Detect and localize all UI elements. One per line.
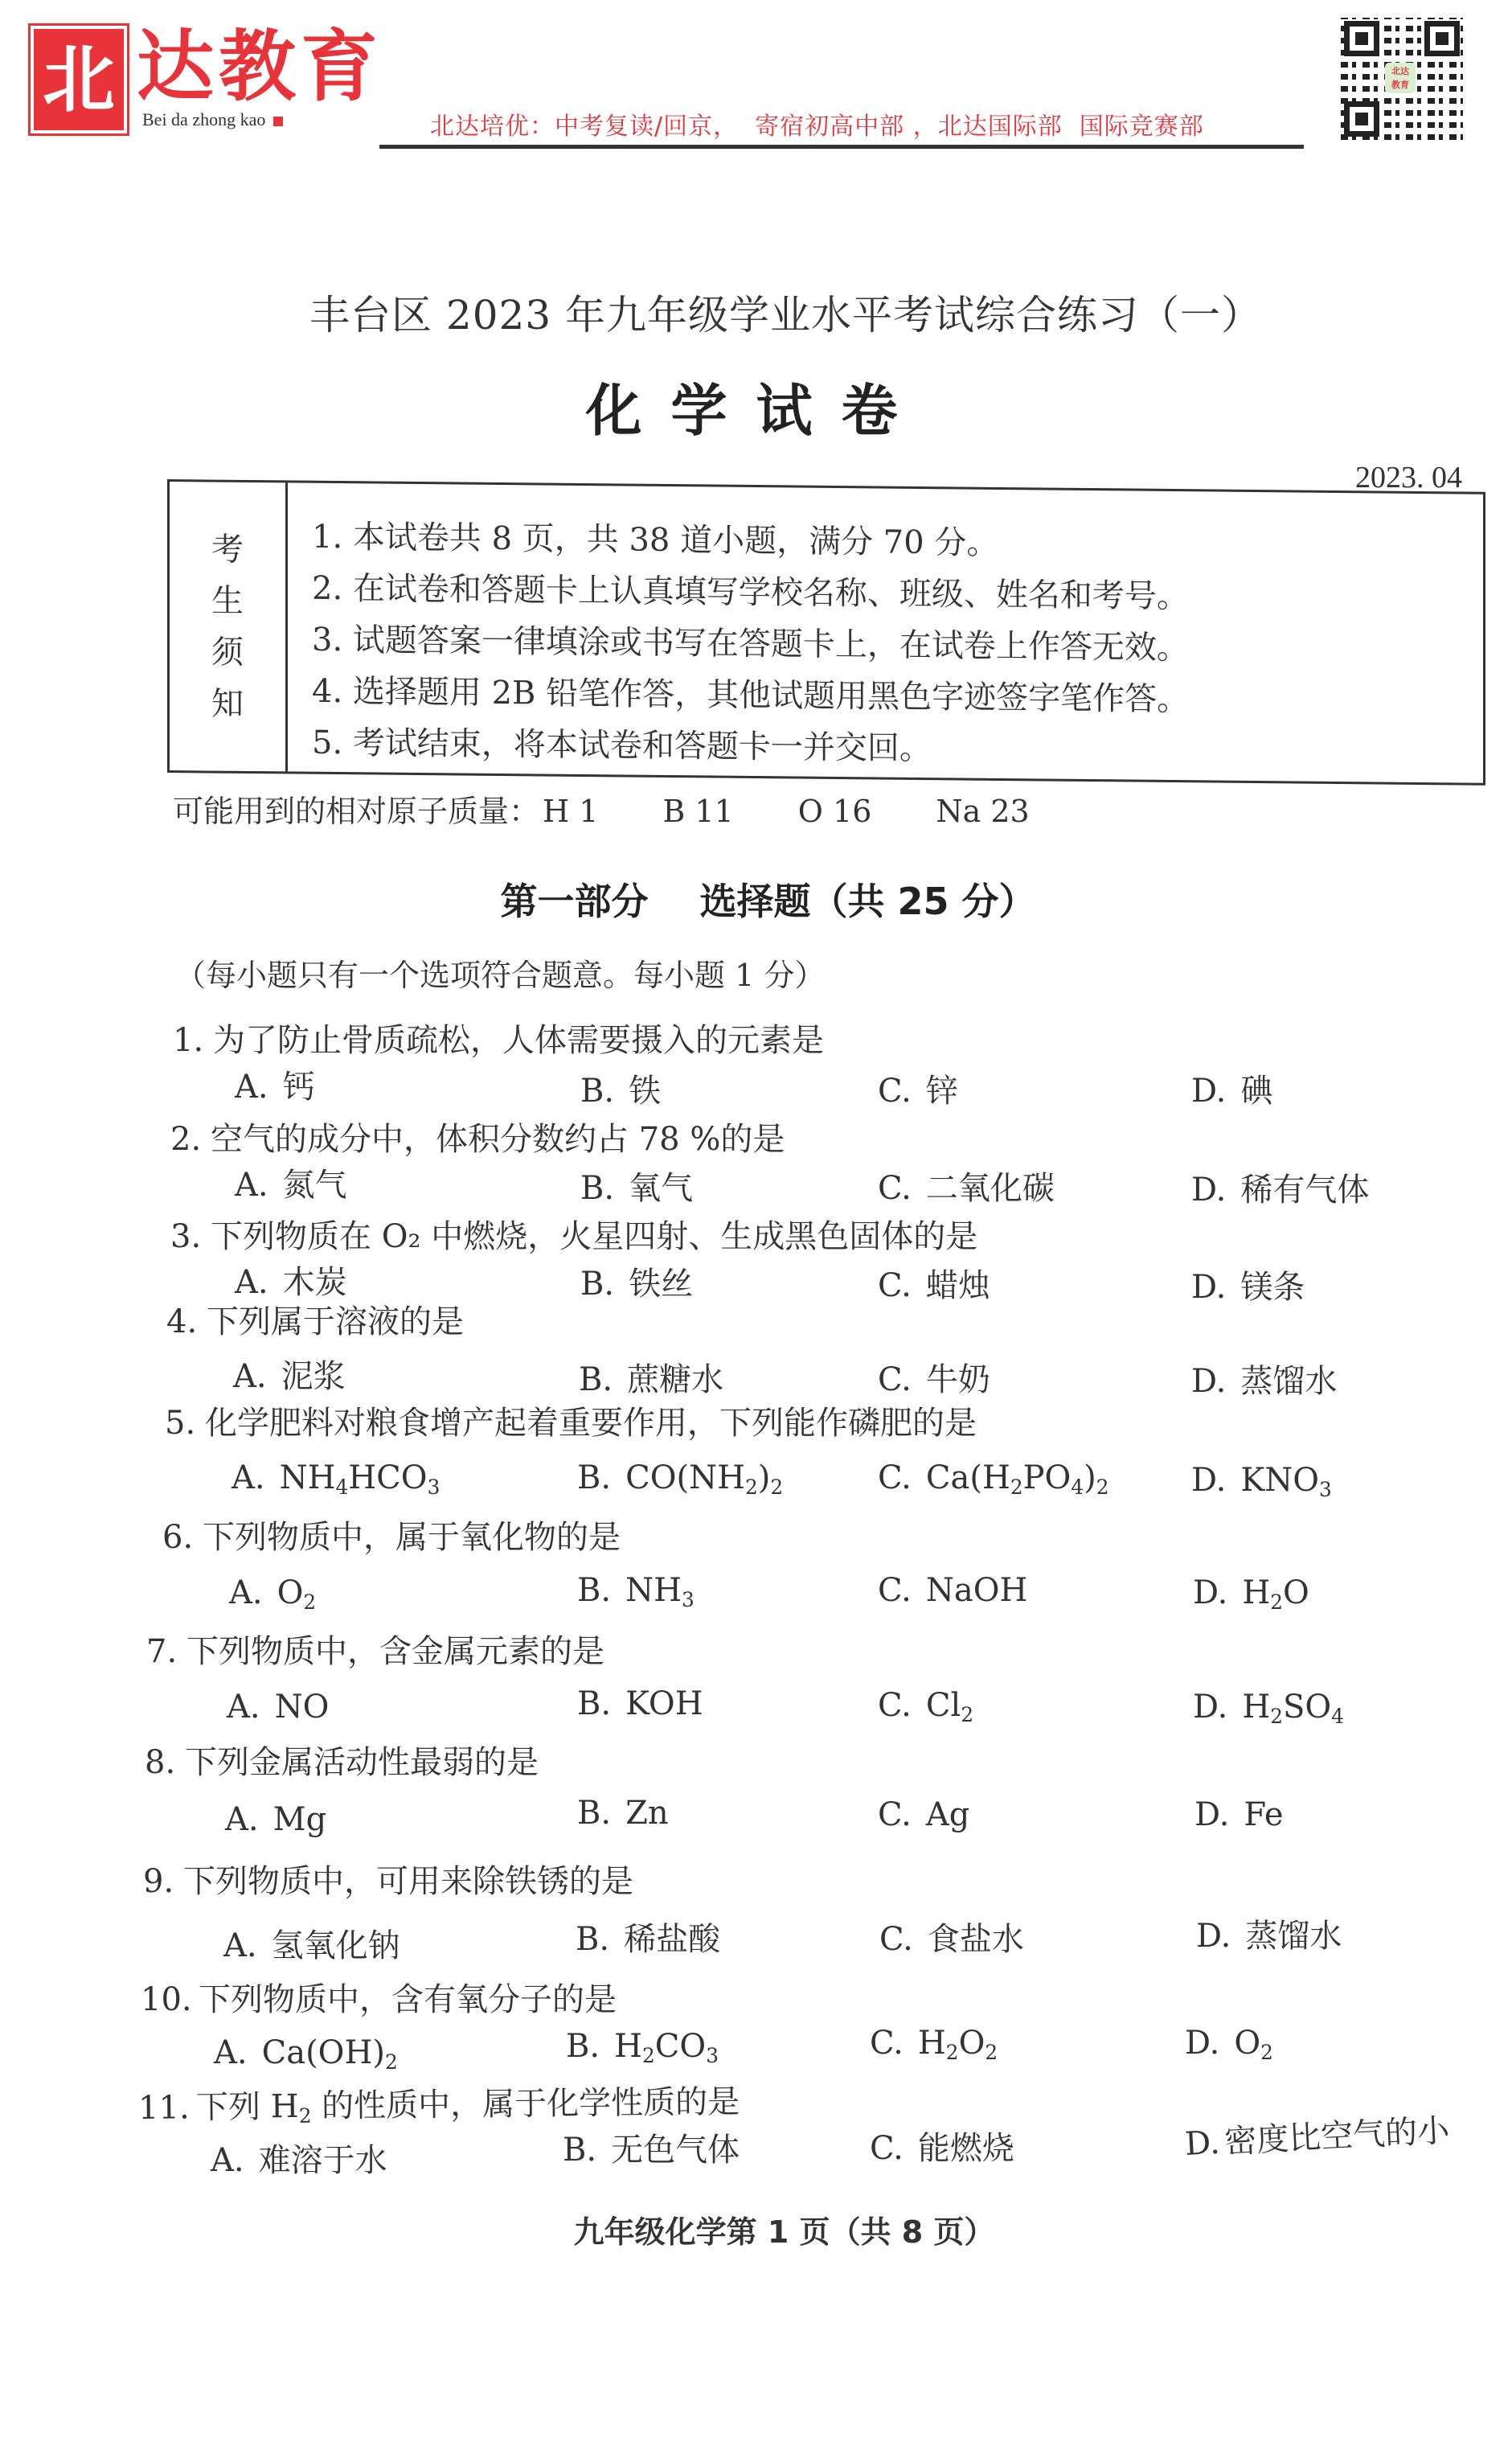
brand-name: 达教育: [137, 23, 383, 111]
option-text: Ca(H2PO4)2: [926, 1459, 1109, 1496]
option-d[interactable]: D.H2O: [1193, 1574, 1309, 1611]
option-text: 钙: [283, 1069, 315, 1106]
qr-finder-top-left: [1344, 21, 1379, 56]
option-c[interactable]: C.能燃烧: [870, 2123, 1014, 2169]
option-letter: B.: [579, 1361, 613, 1398]
question-number: 11.: [138, 2089, 196, 2127]
option-b[interactable]: B.CO(NH2)2: [577, 1459, 783, 1496]
qr-finder-top-right: [1424, 21, 1460, 56]
notice-item: 5. 考试结束，将本试卷和答题卡一并交回。: [312, 717, 1189, 777]
option-text: 镁条: [1240, 1269, 1305, 1306]
atomic-masses-label: 可能用到的相对原子质量：: [173, 794, 539, 829]
option-c[interactable]: C.二氧化碳: [878, 1163, 1055, 1209]
notice-label: 考 生 须 知: [170, 482, 288, 771]
option-letter: B.: [563, 2132, 596, 2169]
notice-label-char: 考: [211, 523, 244, 575]
question-stem: 7.下列物质中，含金属元素的是: [146, 1626, 604, 1672]
question-number: 4.: [166, 1303, 207, 1340]
option-letter: D.: [1191, 1363, 1226, 1400]
notice-label-char: 须: [211, 626, 244, 678]
option-d[interactable]: D.蒸馏水: [1196, 1910, 1342, 1956]
option-letter: D.: [1191, 1462, 1226, 1499]
notice-item: 1. 本试卷共 8 页，共 38 道小题，满分 70 分。: [312, 511, 1189, 571]
option-letter: D.: [1191, 1269, 1226, 1306]
option-letter: D.: [1191, 1073, 1226, 1110]
option-letter: D.: [1194, 1796, 1229, 1833]
question-stem: 11.下列 H2 的性质中，属于化学性质的是: [138, 2076, 740, 2128]
option-d[interactable]: D.碘: [1191, 1065, 1272, 1111]
notice-label-char: 生: [211, 575, 244, 626]
option-d[interactable]: D.稀有气体: [1191, 1164, 1369, 1210]
option-letter: A.: [232, 1459, 265, 1496]
option-text: O2: [277, 1574, 317, 1611]
option-text: 氧气: [629, 1170, 693, 1207]
option-text: NaOH: [926, 1572, 1028, 1609]
option-text: 牛奶: [926, 1361, 990, 1398]
option-text: NH3: [625, 1572, 695, 1609]
option-letter: D.: [1191, 1172, 1226, 1209]
brand-promo-text: 北达培优：中考复读/回京， 寄宿初高中部 ，北达国际部 国际竞赛部: [430, 106, 1204, 142]
option-text: Cl2: [926, 1687, 973, 1724]
option-letter: D.: [1196, 1918, 1231, 1955]
atomic-mass-value: Na 23: [936, 794, 1029, 829]
option-letter: D.: [1184, 2124, 1221, 2163]
option-letter: C.: [878, 1170, 912, 1207]
option-text: 密度比空气的小: [1223, 2112, 1450, 2161]
notice-label-char: 知: [211, 678, 244, 729]
option-text: H2O2: [918, 2025, 998, 2062]
option-c[interactable]: C.锌: [878, 1065, 958, 1111]
notice-item: 4. 选择题用 2B 铅笔作答，其他试题用黑色字迹签字笔作答。: [312, 666, 1189, 725]
option-letter: A.: [214, 2034, 248, 2071]
question-text: 下列物质中，含金属元素的是: [186, 1633, 604, 1670]
question-text: 空气的成分中，体积分数约占 78 %的是: [211, 1121, 785, 1158]
brand-subtitle: Bei da zhong kao: [142, 109, 283, 130]
option-d[interactable]: D.H2SO4: [1193, 1689, 1344, 1726]
question-stem: 9.下列物质中，可用来除铁锈的是: [143, 1856, 633, 1902]
district-exam-title: 丰台区 2023 年九年级学业水平考试综合练习（一）: [309, 283, 1262, 341]
question-text: 为了防止骨质疏松，人体需要摄入的元素是: [213, 1022, 824, 1059]
question-stem: 1.为了防止骨质疏松，人体需要摄入的元素是: [173, 1015, 824, 1061]
question-stem: 10.下列物质中，含有氧分子的是: [141, 1974, 617, 2020]
exam-notice-box: 考 生 须 知 1. 本试卷共 8 页，共 38 道小题，满分 70 分。 2.…: [167, 479, 1485, 786]
question-number: 1.: [173, 1022, 213, 1059]
option-text: 蒸馏水: [1245, 1918, 1342, 1955]
option-a[interactable]: A.泥浆: [233, 1351, 346, 1397]
option-c[interactable]: C.蜡烛: [878, 1260, 990, 1306]
qr-center-badge: 北达 教育: [1385, 63, 1416, 93]
option-b[interactable]: B.H2CO3: [566, 2028, 719, 2065]
qr-badge-top: 北达: [1385, 64, 1416, 78]
qr-badge-bottom: 教育: [1385, 78, 1416, 92]
option-d[interactable]: D.O2: [1185, 2025, 1273, 2062]
option-a[interactable]: A.氢氧化钠: [223, 1920, 400, 1966]
option-text: H2SO4: [1242, 1689, 1344, 1726]
option-a[interactable]: A.NO: [227, 1689, 329, 1726]
option-text: H2O: [1242, 1574, 1309, 1611]
option-text: Ag: [926, 1796, 970, 1833]
option-text: Ca(OH)2: [262, 2034, 398, 2071]
option-text: NH4HCO3: [280, 1459, 440, 1496]
option-c[interactable]: C.Ag: [878, 1796, 969, 1833]
question-number: 8.: [145, 1744, 185, 1781]
option-letter: C.: [878, 1572, 912, 1609]
page-title: 化学试卷: [0, 366, 1512, 447]
option-letter: A.: [211, 2142, 244, 2179]
option-letter: C.: [879, 1921, 913, 1958]
option-letter: A.: [235, 1069, 268, 1106]
notice-item: 3. 试题答案一律填涂或书写在答题卡上，在试卷上作答无效。: [312, 614, 1189, 674]
section-note: （每小题只有一个选项符合题意。每小题 1 分）: [175, 950, 825, 995]
option-text: 稀有气体: [1240, 1172, 1369, 1209]
option-c[interactable]: C.牛奶: [878, 1354, 990, 1400]
option-letter: B.: [580, 1266, 614, 1303]
option-letter: C.: [878, 1073, 912, 1110]
option-c[interactable]: C.食盐水: [879, 1914, 1024, 1960]
question-stem: 2.空气的成分中，体积分数约占 78 %的是: [170, 1114, 785, 1159]
option-text: 锌: [926, 1073, 958, 1110]
option-a[interactable]: A.氮气: [235, 1159, 347, 1205]
option-b[interactable]: B.KOH: [577, 1685, 703, 1722]
option-letter: A.: [225, 1801, 259, 1838]
option-text: 蔗糖水: [627, 1361, 723, 1398]
option-c[interactable]: C.H2O2: [870, 2025, 998, 2062]
option-text: KNO3: [1240, 1462, 1331, 1499]
question-text: 下列属于溶液的是: [207, 1303, 464, 1340]
atomic-mass-value: B 11: [662, 794, 733, 829]
option-text: H2CO3: [614, 2028, 719, 2065]
header-divider: [379, 145, 1304, 149]
option-text: 蜡烛: [926, 1267, 990, 1304]
option-c[interactable]: C.NaOH: [878, 1572, 1027, 1609]
atomic-mass-value: H 1: [543, 794, 598, 829]
option-letter: C.: [870, 2025, 904, 2062]
atomic-mass-value: O 16: [798, 794, 872, 829]
question-stem: 8.下列金属活动性最弱的是: [145, 1737, 539, 1783]
option-letter: D.: [1193, 1574, 1227, 1611]
option-letter: C.: [878, 1361, 912, 1398]
option-text: 难溶于水: [259, 2142, 387, 2179]
question-number: 10.: [141, 1981, 199, 2018]
option-text: 二氧化碳: [926, 1170, 1055, 1207]
question-number: 6.: [162, 1519, 203, 1556]
option-letter: D.: [1185, 2025, 1219, 2062]
option-text: 食盐水: [928, 1921, 1024, 1958]
question-number: 2.: [170, 1121, 211, 1158]
question-text: 下列物质中，含有氧分子的是: [199, 1981, 617, 2018]
question-stem: 3.下列物质在 O₂ 中燃烧，火星四射、生成黑色固体的是: [170, 1211, 977, 1257]
qr-finder-bottom-left: [1344, 101, 1379, 137]
notice-item: 2. 在试卷和答题卡上认真填写学校名称、班级、姓名和考号。: [312, 563, 1189, 622]
question-text: 下列金属活动性最弱的是: [185, 1744, 539, 1781]
option-letter: B.: [577, 1572, 611, 1609]
option-b[interactable]: B.稀盐酸: [576, 1914, 720, 1960]
option-text: 氮气: [283, 1167, 347, 1204]
option-b[interactable]: B.无色气体: [563, 2124, 740, 2170]
brand-logo-seal: 北: [34, 29, 124, 130]
option-text: KOH: [625, 1685, 703, 1722]
question-text: 下列 H2 的性质中，属于化学性质的是: [196, 2083, 740, 2126]
option-letter: C.: [878, 1459, 912, 1496]
notice-items: 1. 本试卷共 8 页，共 38 道小题，满分 70 分。 2. 在试卷和答题卡…: [288, 482, 1189, 780]
option-d[interactable]: D.镁条: [1191, 1262, 1305, 1307]
option-letter: C.: [878, 1267, 912, 1304]
option-text: 铁: [629, 1073, 661, 1110]
option-text: 泥浆: [281, 1358, 346, 1395]
option-d[interactable]: D.KNO3: [1191, 1462, 1332, 1499]
option-letter: C.: [870, 2130, 904, 2167]
option-b[interactable]: B.Zn: [577, 1795, 669, 1832]
option-letter: A.: [223, 1927, 257, 1964]
option-letter: A.: [229, 1574, 263, 1611]
option-letter: A.: [227, 1689, 260, 1726]
option-a[interactable]: A.难溶于水: [211, 2135, 387, 2181]
option-letter: B.: [580, 1073, 614, 1110]
question-text: 化学肥料对粮食增产起着重要作用，下列能作磷肥的是: [205, 1405, 977, 1442]
brand-seal-char: 北: [43, 37, 115, 122]
option-d[interactable]: D.蒸馏水: [1191, 1356, 1337, 1401]
option-letter: B.: [577, 1459, 611, 1496]
option-letter: A.: [233, 1358, 267, 1395]
option-letter: C.: [878, 1796, 912, 1833]
option-text: 稀盐酸: [624, 1921, 720, 1958]
option-letter: C.: [878, 1687, 912, 1724]
option-b[interactable]: B.氧气: [580, 1163, 693, 1209]
option-b[interactable]: B.NH3: [577, 1572, 695, 1609]
question-text: 下列物质在 O₂ 中燃烧，火星四射、生成黑色固体的是: [211, 1218, 977, 1255]
option-text: 能燃烧: [918, 2130, 1014, 2167]
option-a[interactable]: A.Ca(OH)2: [214, 2034, 398, 2071]
option-text: CO(NH2)2: [625, 1459, 783, 1496]
option-a[interactable]: A.O2: [229, 1574, 316, 1611]
option-c[interactable]: C.Ca(H2PO4)2: [878, 1459, 1109, 1496]
option-letter: B.: [577, 1685, 611, 1722]
section-title: 第一部分 选择题（共 25 分）: [0, 872, 1512, 925]
page-footer: 九年级化学第 1 页（共 8 页）: [0, 2207, 1512, 2251]
question-number: 3.: [170, 1218, 211, 1255]
option-letter: B.: [580, 1170, 614, 1207]
option-letter: D.: [1193, 1689, 1227, 1726]
option-letter: B.: [566, 2028, 600, 2065]
question-number: 9.: [143, 1863, 183, 1900]
option-b[interactable]: B.铁丝: [580, 1258, 693, 1304]
option-a[interactable]: A.钙: [235, 1061, 315, 1107]
red-square-icon: [273, 117, 283, 126]
question-number: 7.: [146, 1633, 186, 1670]
atomic-masses: 可能用到的相对原子质量：H 1B 11O 16Na 23: [173, 786, 1030, 831]
option-a[interactable]: A.NH4HCO3: [232, 1459, 440, 1496]
option-text: 铁丝: [629, 1266, 693, 1303]
question-stem: 6.下列物质中，属于氧化物的是: [162, 1512, 621, 1557]
option-letter: B.: [577, 1795, 611, 1832]
option-a[interactable]: A.Mg: [225, 1801, 326, 1838]
option-d[interactable]: D.Fe: [1194, 1796, 1284, 1833]
option-text: Mg: [273, 1801, 327, 1838]
brand-subtitle-text: Bei da zhong kao: [142, 109, 265, 129]
option-letter: B.: [576, 1921, 609, 1958]
option-text: O2: [1234, 2025, 1273, 2062]
question-stem: 5.化学肥料对粮食增产起着重要作用，下列能作磷肥的是: [165, 1397, 977, 1443]
option-b[interactable]: B.蔗糖水: [579, 1354, 723, 1400]
option-c[interactable]: C.Cl2: [878, 1687, 973, 1724]
question-text: 下列物质中，可用来除铁锈的是: [183, 1863, 633, 1900]
option-d[interactable]: D.密度比空气的小: [1184, 2105, 1451, 2165]
option-text: 蒸馏水: [1240, 1363, 1337, 1400]
question-text: 下列物质中，属于氧化物的是: [203, 1519, 621, 1556]
option-text: 碘: [1240, 1073, 1272, 1110]
option-text: 无色气体: [611, 2132, 740, 2169]
qr-code-icon: 北达 教育: [1341, 18, 1463, 140]
option-b[interactable]: B.铁: [580, 1065, 661, 1111]
option-text: NO: [275, 1689, 330, 1726]
question-number: 5.: [165, 1405, 205, 1442]
option-text: 氢氧化钠: [272, 1927, 400, 1964]
option-text: Zn: [625, 1795, 669, 1832]
option-letter: A.: [235, 1167, 268, 1204]
option-text: Fe: [1244, 1796, 1283, 1833]
question-stem: 4.下列属于溶液的是: [166, 1296, 464, 1342]
